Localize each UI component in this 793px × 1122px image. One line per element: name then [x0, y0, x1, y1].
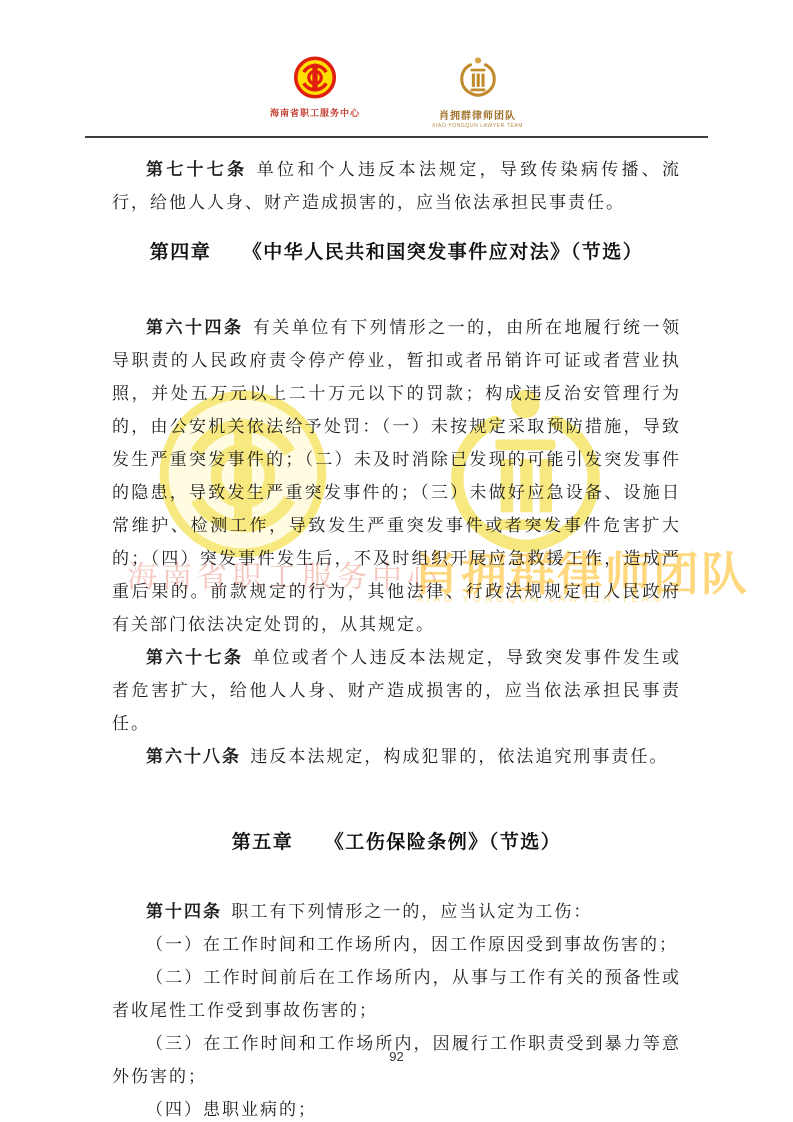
article-paragraph: 第十四条职工有下列情形之一的，应当认定为工伤：: [112, 895, 681, 928]
list-item-paragraph: （四）患职业病的；: [112, 1093, 681, 1122]
lawyer-logo-block: 肖拥群律师团队 XIAO YONGQUN LAWYER TEAM: [432, 56, 523, 129]
union-emblem-icon: [292, 56, 338, 104]
article-number: 第六十四条: [146, 318, 243, 337]
article-text: 职工有下列情形之一的，应当认定为工伤：: [231, 902, 592, 921]
article-text: 违反本法规定，构成犯罪的，依法追究刑事责任。: [250, 747, 668, 766]
chapter-heading: 第四章 《中华人民共和国突发事件应对法》（节选）: [112, 241, 681, 265]
document-body: 第七十七条单位和个人违反本法规定，导致传染病传播、流行，给他人人身、财产造成损害…: [0, 138, 793, 1122]
article-text: 有关单位有下列情形之一的，由所在地履行统一领导职责的人民政府责令停产停业，暂扣或…: [112, 318, 681, 634]
list-item-paragraph: （二）工作时间前后在工作场所内，从事与工作有关的预备性或者收尾性工作受到事故伤害…: [112, 961, 681, 1027]
union-logo-caption: 海南省职工服务中心: [270, 106, 360, 119]
article-paragraph: 第七十七条单位和个人违反本法规定，导致传染病传播、流行，给他人人身、财产造成损害…: [112, 153, 681, 219]
document-page: 海南省职工服务中心 肖拥群律师团队 XIAO YONGQUN LAWYER TE…: [0, 0, 793, 1122]
article-number: 第六十八条: [146, 747, 241, 766]
article-paragraph: 第六十四条有关单位有下列情形之一的，由所在地履行统一领导职责的人民政府责令停产停…: [112, 311, 681, 641]
union-logo-block: 海南省职工服务中心: [270, 56, 360, 119]
lawyer-logo-subcaption: XIAO YONGQUN LAWYER TEAM: [432, 123, 523, 129]
lawyer-logo-caption: 肖拥群律师团队: [439, 107, 516, 122]
page-number: 92: [0, 1049, 793, 1064]
article-number: 第六十七条: [146, 648, 243, 667]
lawyer-team-emblem-icon: [453, 56, 503, 105]
article-paragraph: 第六十八条违反本法规定，构成犯罪的，依法追究刑事责任。: [112, 740, 681, 773]
article-paragraph: 第六十七条单位或者个人违反本法规定，导致突发事件发生或者危害扩大，给他人人身、财…: [112, 641, 681, 740]
page-header: 海南省职工服务中心 肖拥群律师团队 XIAO YON: [0, 0, 793, 138]
chapter-heading: 第五章 《工伤保险条例》（节选）: [112, 831, 681, 855]
list-item-paragraph: （一）在工作时间和工作场所内，因工作原因受到事故伤害的；: [112, 928, 681, 961]
article-number: 第十四条: [146, 902, 222, 921]
article-number: 第七十七条: [146, 160, 247, 179]
header-logos: 海南省职工服务中心 肖拥群律师团队 XIAO YON: [0, 56, 793, 129]
